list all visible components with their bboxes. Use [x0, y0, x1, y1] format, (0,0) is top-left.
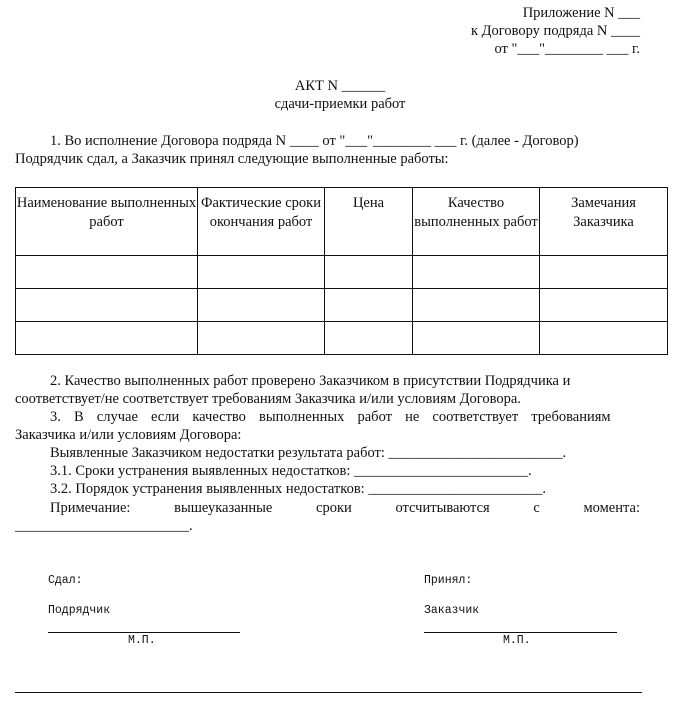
item-3-2-field: 3.2. Порядок устранения выявленных недос… [50, 481, 546, 498]
table-cell[interactable] [325, 289, 413, 322]
section3-line1: 3. В случае если качество выполненных ра… [50, 409, 611, 426]
table-row [16, 256, 668, 289]
header-customer-remarks: Замечания Заказчика [540, 188, 668, 256]
note-word: момента: [583, 500, 640, 517]
table-cell[interactable] [198, 322, 325, 355]
table-cell[interactable] [16, 256, 198, 289]
section3-line2: Заказчика и/или условиям Договора: [15, 427, 241, 444]
customer-signature-line[interactable] [424, 632, 617, 633]
table-cell[interactable] [413, 289, 540, 322]
table-cell[interactable] [325, 322, 413, 355]
note-word: Примечание: [50, 500, 130, 517]
appendix-number: Приложение N ___ [523, 5, 640, 22]
section3-line1-text: 3. В случае если качество выполненных ра… [50, 409, 611, 425]
contractor-signature-line[interactable] [48, 632, 240, 633]
contractor-stamp-label: М.П. [128, 634, 156, 648]
table-cell[interactable] [16, 289, 198, 322]
note-word: с [533, 500, 539, 517]
handed-over-label: Сдал: [48, 574, 83, 588]
table-cell[interactable] [540, 256, 668, 289]
customer-label: Заказчик [424, 604, 479, 618]
section2-line1: 2. Качество выполненных работ проверено … [50, 373, 570, 390]
contract-reference: к Договору подряда N ____ [471, 23, 640, 40]
table-header-row: Наименование выполненных работ Фактическ… [16, 188, 668, 256]
table-cell[interactable] [540, 289, 668, 322]
act-subtitle: сдачи-приемки работ [0, 96, 680, 113]
item-3-1-field: 3.1. Сроки устранения выявленных недоста… [50, 463, 532, 480]
table-cell[interactable] [413, 256, 540, 289]
table-row [16, 289, 668, 322]
table-cell[interactable] [198, 256, 325, 289]
table-cell[interactable] [413, 322, 540, 355]
contractor-label: Подрядчик [48, 604, 110, 618]
header-completion-dates: Фактические сроки окончания работ [198, 188, 325, 256]
table-cell[interactable] [198, 289, 325, 322]
header-quality: Качество выполненных работ [413, 188, 540, 256]
note-line2: ________________________. [15, 518, 193, 535]
table-cell[interactable] [16, 322, 198, 355]
section1-line1: 1. Во исполнение Договора подряда N ____… [50, 133, 579, 150]
note-line1: Примечание: вышеуказанные сроки отсчитыв… [50, 500, 640, 517]
note-word: сроки [316, 500, 352, 517]
contract-date: от "___"________ ___ г. [494, 41, 640, 58]
act-title: АКТ N ______ [0, 78, 680, 95]
table-cell[interactable] [540, 322, 668, 355]
section1-line2: Подрядчик сдал, а Заказчик принял следую… [15, 151, 449, 168]
works-table: Наименование выполненных работ Фактическ… [15, 187, 668, 355]
note-word: вышеуказанные [174, 500, 272, 517]
note-word: отсчитываются [395, 500, 489, 517]
header-work-name: Наименование выполненных работ [16, 188, 198, 256]
accepted-label: Принял: [424, 574, 472, 588]
table-cell[interactable] [325, 256, 413, 289]
header-price: Цена [325, 188, 413, 256]
table-row [16, 322, 668, 355]
customer-stamp-label: М.П. [503, 634, 531, 648]
bottom-divider [15, 692, 642, 693]
defects-field: Выявленные Заказчиком недостатки результ… [50, 445, 566, 462]
section2-line2: соответствует/не соответствует требовани… [15, 391, 521, 408]
